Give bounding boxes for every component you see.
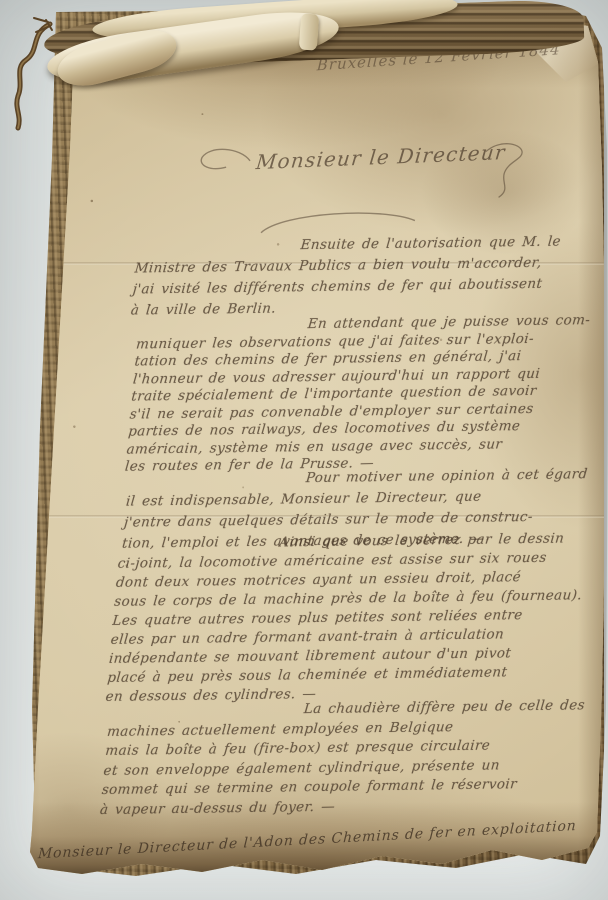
- pen-flourish-icon: [196, 143, 254, 174]
- handwritten-text-layer: Bruxelles le 12 Février 1844 Monsieur le…: [16, 6, 608, 882]
- salutation-line: Monsieur le Directeur: [255, 140, 507, 174]
- photo-backdrop: Bruxelles le 12 Février 1844 Monsieur le…: [0, 0, 608, 900]
- manuscript-page: Bruxelles le 12 Février 1844 Monsieur le…: [22, 10, 604, 878]
- pen-flourish-icon: [482, 137, 529, 200]
- manuscript-paragraph: La chaudière diffère peu de celle des ma…: [99, 696, 588, 820]
- paper-tab: [299, 13, 319, 50]
- manuscript-paragraph: Ensuite de l'autorisation que M. le Mini…: [130, 231, 608, 322]
- twine-binding-icon: [6, 16, 58, 142]
- manuscript-paragraph: Ainsi que vous le verrez par le dessin c…: [105, 529, 599, 707]
- manuscript-paragraph: En attendant que je puisse vous com- mun…: [124, 312, 608, 476]
